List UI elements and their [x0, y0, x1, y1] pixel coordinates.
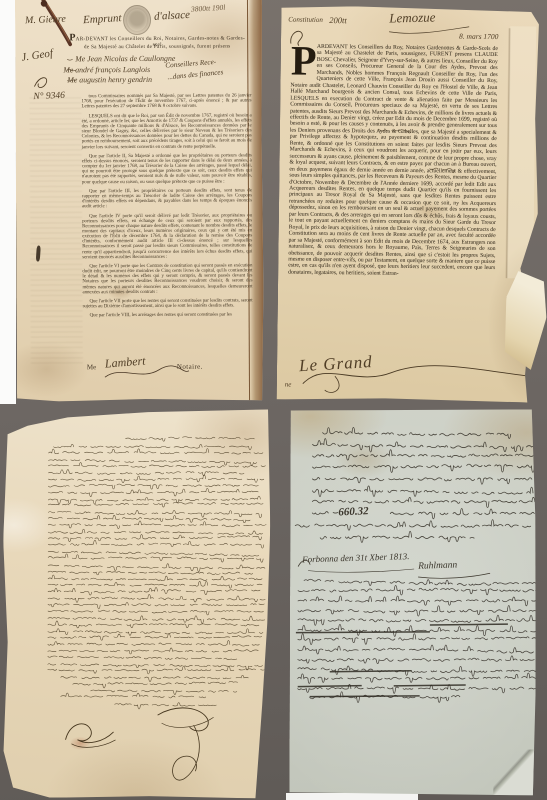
- handwritten-text-block-lower: [289, 409, 536, 796]
- notaire-label: Notaire.: [177, 363, 203, 371]
- notary-name-1: Me Jean Nicolas de Caullongne: [75, 54, 175, 64]
- paragraph: Que l'article VI porte que les Contrats …: [82, 263, 252, 295]
- manuscript-german-1813: 660.32 Forbonna den 31t Xber 1813. Ruhlm…: [289, 409, 536, 796]
- photo-backdrop: 3800tt 190l M. Gieure Emprunt d'alsace P…: [0, 0, 547, 800]
- paragraph: Que l'article IV porte qu'il seroit déli…: [82, 213, 252, 260]
- paragraph: tous Commissaires nommés par Sa Majesté,…: [81, 93, 251, 109]
- manuscript-french: [2, 409, 270, 799]
- document-constitution-1700: Constitution 200tt Lemozue 8. mars 1700 …: [277, 5, 541, 402]
- scan-margin-bottom: [286, 793, 418, 800]
- folded-corner: [493, 749, 535, 795]
- signature-prefix: ne: [285, 381, 292, 389]
- paragraph: Que par l'article II, Sa Majesté a ordon…: [82, 153, 252, 185]
- paragraph: Que par l'article III, les propriétaires…: [82, 188, 252, 210]
- handwritten-text-block: [2, 409, 270, 799]
- notary-name-2: Me andré françois Langlois: [63, 64, 150, 73]
- paragraph: LESQUELS ont dit que le Roi, par son Édi…: [82, 113, 252, 150]
- signature-prefix: Me: [87, 363, 96, 371]
- document-emprunt-alsace: 3800tt 190l M. Gieure Emprunt d'alsace P…: [15, 0, 264, 402]
- signature-flourish-left: [57, 714, 123, 756]
- paragraph: Que par l'article VIII, les arrérages de…: [83, 313, 253, 319]
- printed-body: tous Commissaires nommés par Sa Majesté,…: [81, 93, 252, 323]
- document-number: N° 9346: [33, 91, 65, 102]
- manuscript-insert: [277, 5, 541, 402]
- signature-flourish-right: [147, 701, 229, 791]
- scan-margin-left: [0, 0, 16, 404]
- notary-name-3: Me augustin henry gendrin: [67, 75, 152, 84]
- signature-flourish: [295, 350, 536, 399]
- paragraph: Que l'article VII porte que les rentes q…: [83, 298, 253, 309]
- paraph-curl: [31, 73, 53, 91]
